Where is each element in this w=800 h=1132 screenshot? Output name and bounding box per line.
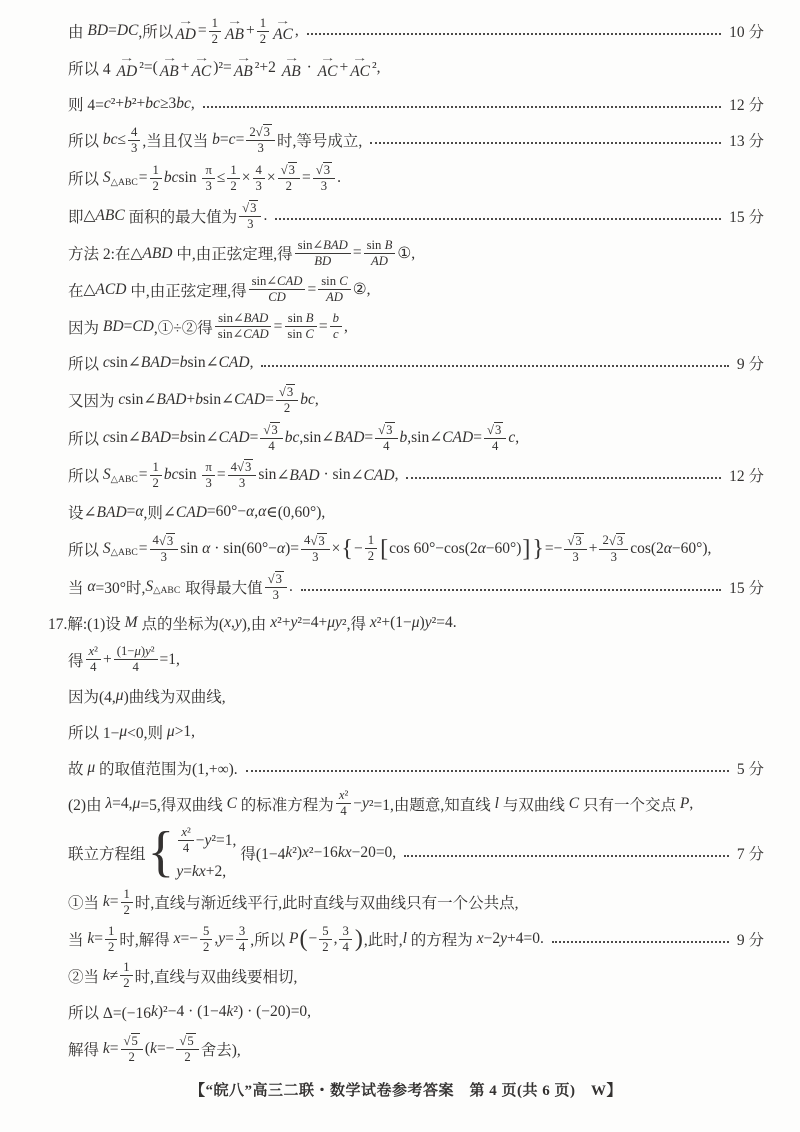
text-run: 所以 1− — [68, 721, 119, 743]
text-run: 点的坐标为( — [138, 612, 225, 634]
text-run: 2 — [129, 1050, 135, 1065]
text-run: 3 — [206, 476, 212, 491]
radicand: 5 — [131, 1033, 140, 1049]
text-run: 4 — [268, 439, 274, 454]
math-variable-run: AD — [326, 290, 343, 305]
text-run: 舍去), — [201, 1038, 241, 1060]
text-run: 1 — [230, 163, 236, 178]
math-variable-run: ∠BAD — [233, 311, 268, 326]
text-run: ≠ — [110, 967, 119, 985]
math-variable-run: bc — [300, 391, 315, 409]
fraction-numerator: 1 — [365, 533, 377, 549]
fraction-denominator: 4 — [236, 940, 248, 955]
math-variable-run: ∠BAD — [128, 428, 171, 447]
text-run: = — [217, 466, 226, 484]
math-variable-run: kx — [338, 844, 352, 862]
text-run: , — [395, 466, 399, 484]
math-variable-run: c — [118, 391, 125, 409]
vector-arrow-icon: → — [235, 56, 251, 64]
fraction-denominator: 3 — [270, 588, 282, 603]
text-run: 5 — [322, 924, 328, 939]
fraction: 34 — [339, 924, 351, 955]
text-run: , — [191, 95, 195, 113]
text-run: 所以 — [68, 427, 103, 449]
fraction-numerator: 1 — [150, 163, 162, 179]
text-run: sin — [188, 354, 206, 372]
fraction-numerator: (1−μ)y² — [114, 644, 158, 660]
math-variable-run: μ — [133, 795, 141, 813]
fraction: √34 — [484, 422, 506, 454]
text-run: 又因为 — [68, 389, 118, 411]
text-run: 3 — [256, 179, 262, 194]
math-variable-run: k — [103, 1040, 110, 1058]
math-variable-run: P — [289, 930, 298, 948]
answer-line: 所以 S△ABC=12bcsin π3≤12×43×√32=√33. — [48, 162, 764, 194]
radical: √5 — [179, 1033, 195, 1049]
math-variable-run: c — [103, 354, 110, 372]
text-run: = — [250, 429, 259, 447]
text-run: ²=1, — [211, 832, 236, 850]
text-run: . — [263, 207, 267, 225]
text-run: = — [124, 318, 133, 336]
fraction: 4√33 — [228, 459, 257, 491]
radicand: 3 — [166, 533, 175, 549]
fraction-denominator: 3 — [203, 476, 215, 491]
big-delimiter: { — [340, 537, 354, 561]
fraction-numerator: 5 — [319, 924, 331, 940]
fraction-numerator: 1 — [121, 887, 133, 903]
fraction-denominator: 2 — [181, 1050, 193, 1065]
fraction: 12 — [227, 163, 239, 194]
fraction-numerator: sin C — [318, 274, 351, 290]
text-run: −60°) — [486, 540, 522, 558]
fraction-numerator: x² — [178, 825, 193, 841]
fraction: 12 — [105, 924, 117, 955]
text-run: 设 — [68, 501, 84, 523]
vector: →AC — [350, 56, 370, 80]
text-run: 与双曲线 — [499, 793, 569, 815]
fraction-numerator: b — [330, 311, 342, 327]
radical-sign-icon: √ — [609, 534, 616, 549]
radical-sign-icon: √ — [310, 534, 317, 549]
text-run: 中,由正弦定理,得 — [126, 279, 246, 301]
math-variable-run: b — [195, 391, 203, 409]
text-run: · — [303, 59, 316, 77]
subscript: △ABC — [111, 474, 138, 485]
footer-text: 【“皖八”高三二联・数学试卷参考答案 第 4 页(共 6 页) W】 — [190, 1083, 622, 1099]
text-run: ,则 — [144, 501, 163, 523]
answer-line: 17.解:(1)设 M 点的坐标为(x,y),由 x²+y²=4+μy²,得 x… — [48, 608, 764, 638]
page-footer: 【“皖八”高三二联・数学试卷参考答案 第 4 页(共 6 页) W】 — [48, 1065, 764, 1126]
radical-sign-icon: √ — [279, 385, 286, 400]
text-run: 1 — [108, 924, 114, 939]
text-run: sin — [179, 169, 201, 187]
fraction: √33 — [564, 533, 586, 565]
math-variable-run: k — [151, 1003, 158, 1021]
text-run: − — [354, 540, 363, 558]
text-run: = — [353, 244, 362, 262]
text-run: (1− — [117, 644, 135, 659]
fraction-denominator: 4 — [339, 940, 351, 955]
dot-leader — [404, 855, 729, 857]
text-run: ,此时, — [364, 928, 403, 950]
text-run: × — [267, 169, 276, 187]
text-run: = — [274, 318, 283, 336]
text-run: = — [265, 391, 274, 409]
text-run: + — [181, 59, 190, 77]
math-variable-run: ∠CAD — [163, 503, 207, 522]
fraction-numerator: 1 — [150, 460, 162, 476]
text-run: = — [110, 893, 119, 911]
answer-line: ①当 k=12时,直线与渐近线平行,此时直线与双曲线只有一个公共点, — [48, 887, 764, 918]
text-run: 解得 — [68, 1038, 103, 1060]
text-run: 5 — [203, 924, 209, 939]
text-run: , — [250, 354, 254, 372]
text-run: ²+ — [277, 614, 290, 632]
fraction-numerator: 4 — [253, 163, 265, 179]
fraction-denominator: 2 — [257, 32, 269, 47]
math-variable-run: B — [306, 311, 314, 326]
math-variable-run: bc — [285, 429, 300, 447]
vector: →AC — [318, 56, 338, 80]
radical-sign-icon: √ — [567, 534, 574, 549]
radicand: 3 — [317, 533, 326, 549]
radical: √3 — [310, 533, 326, 549]
answer-line: 又因为 csin∠BAD+bsin∠CAD=√32bc, — [48, 384, 764, 416]
radical-sign-icon: √ — [281, 163, 288, 178]
big-delimiter: [ — [379, 537, 389, 561]
fraction-numerator: sin∠BAD — [295, 238, 351, 254]
text-run: 因为 — [68, 316, 103, 338]
dot-leader — [203, 106, 721, 108]
vector-arrow-icon: → — [283, 56, 299, 64]
radical-sign-icon: √ — [179, 1034, 186, 1049]
fraction-numerator: sin B — [285, 311, 317, 327]
fraction: √33 — [313, 162, 335, 194]
big-delimiter: ( — [299, 927, 309, 951]
radical: √3 — [487, 422, 503, 438]
text-run: ①, — [397, 244, 415, 263]
answer-line: 故 μ 的取值范围为(1,+∞).5 分 — [48, 753, 764, 783]
text-run: sin — [321, 274, 339, 289]
text-run: ,sin — [299, 429, 321, 447]
answer-line: 所以 4 →AD²=(→AB+→AC)²=→AB²+2 →AB · →AC+→A… — [48, 53, 764, 83]
fraction-denominator: 2 — [105, 940, 117, 955]
text-run: 17.解:(1)设 — [48, 612, 125, 634]
vector: →AB — [282, 56, 301, 80]
dot-leader — [552, 941, 729, 943]
radicand: 3 — [286, 384, 295, 400]
text-run: 2 — [286, 179, 292, 194]
cases-row: x²4−y²=1, — [176, 825, 236, 856]
radicand: 3 — [263, 124, 272, 140]
math-variable-run: α — [258, 503, 266, 521]
text-run: 4 — [342, 940, 348, 955]
text-run: = — [139, 540, 148, 558]
radical-sign-icon: √ — [316, 163, 323, 178]
text-run: 当 — [68, 928, 87, 950]
text-run: 4 — [340, 804, 346, 819]
text-run: =30°时, — [96, 576, 146, 598]
text-run: , — [295, 22, 299, 40]
math-variable-run: μy — [327, 614, 342, 632]
text-run: ²+2 — [255, 59, 280, 77]
fraction: sin Bsin C — [284, 311, 317, 342]
fraction: 52 — [319, 924, 331, 955]
text-run: ²=( — [139, 59, 158, 77]
math-variable-run: ∠CAD — [429, 428, 473, 447]
text-run: ,①÷②得 — [154, 316, 213, 338]
fraction-denominator: sin C — [284, 327, 317, 342]
text-run: π — [205, 163, 211, 178]
answer-line: 则 4=c²+b²+bc≥3bc,12 分 — [48, 89, 764, 119]
text-run: 面积的最大值为 — [125, 205, 237, 227]
fraction-denominator: 2 — [200, 940, 212, 955]
fraction: 12 — [257, 16, 269, 47]
vector: →AB — [225, 19, 244, 43]
math-variable-run: b — [124, 95, 132, 113]
text-run: 所以 — [68, 167, 103, 189]
radicand: 3 — [244, 459, 253, 475]
math-variable-run: y — [425, 614, 432, 632]
text-run: 3 — [161, 550, 167, 565]
math-variable-run: ∠BAD — [128, 353, 171, 372]
vector: →AC — [191, 56, 211, 80]
radicand: 3 — [574, 533, 583, 549]
math-variable-run: y — [176, 863, 183, 881]
math-variable-run: kx — [192, 863, 206, 881]
radicand: 3 — [323, 162, 332, 178]
math-variable-run: ∠CAD — [206, 353, 250, 372]
text-run: 3 — [206, 179, 212, 194]
vector-name: AB — [225, 27, 244, 43]
score-label: 12 分 — [729, 464, 764, 486]
fraction-denominator: 3 — [309, 550, 321, 565]
radical: √3 — [567, 533, 583, 549]
fraction-numerator: 1 — [257, 16, 269, 32]
dot-leader — [275, 218, 721, 220]
text-run: 2 — [108, 940, 114, 955]
cases-rows: x²4−y²=1,y=kx+2, — [176, 825, 236, 881]
math-variable-run: bc — [176, 95, 191, 113]
text-run: = — [307, 281, 316, 299]
score-label: 7 分 — [737, 842, 764, 864]
text-run: − — [196, 832, 205, 850]
text-run: · sin — [320, 466, 351, 484]
math-variable-run: x — [477, 930, 484, 948]
fraction-denominator: 2 — [121, 903, 133, 918]
text-run: × — [242, 169, 251, 187]
text-run: 2 — [260, 32, 266, 47]
math-variable-run: λ — [105, 795, 112, 813]
math-variable-run: b — [180, 429, 188, 447]
fraction-numerator: 2√3 — [599, 533, 628, 550]
math-variable-run: k — [227, 1003, 234, 1021]
radical: √3 — [609, 533, 625, 549]
fraction-numerator: √3 — [278, 162, 300, 179]
fraction-numerator: 4√3 — [228, 459, 257, 476]
fraction-numerator: sin∠BAD — [215, 311, 271, 327]
text-run: ,当且仅当 — [142, 129, 212, 151]
vector-arrow-icon: → — [119, 56, 135, 64]
radicand: 3 — [270, 422, 279, 438]
big-delimiter: ) — [354, 927, 364, 951]
text-run: 1 — [153, 163, 159, 178]
text-run: >1, — [175, 723, 195, 741]
text-run: − — [309, 930, 318, 948]
answer-line: 解得 k=√52(k=−√52舍去), — [48, 1033, 764, 1065]
math-variable-run: bc — [164, 466, 179, 484]
fraction-numerator: √5 — [121, 1033, 143, 1050]
radical: √3 — [316, 162, 332, 178]
math-variable-run: P — [680, 795, 689, 813]
radical: √3 — [242, 200, 258, 216]
text-run: ² — [344, 788, 348, 803]
text-run: 取得最大值 — [181, 576, 262, 598]
text-run: 即 — [68, 205, 84, 227]
cases-brace-icon: { — [148, 829, 175, 876]
text-run: 2 — [368, 549, 374, 564]
radical-sign-icon: √ — [242, 201, 249, 216]
text-run: 所以 Δ=(−16 — [68, 1001, 151, 1023]
fraction: π3 — [202, 163, 214, 194]
radicand: 3 — [616, 533, 625, 549]
fraction: sin∠CADCD — [249, 274, 306, 305]
math-variable-run: y — [290, 614, 297, 632]
math-variable-run: ∠BAD — [143, 390, 186, 409]
text-run: ²+ — [111, 95, 124, 113]
text-run: 所以 — [68, 538, 103, 560]
fraction: 12 — [150, 460, 162, 491]
vector-arrow-icon: → — [178, 19, 194, 27]
answer-line: 因为(4,μ)曲线为双曲线, — [48, 681, 764, 711]
text-run: =− — [157, 1040, 174, 1058]
fraction-numerator: √3 — [375, 422, 397, 439]
fraction-denominator: 2 — [150, 179, 162, 194]
text-run: 2 — [212, 32, 218, 47]
math-variable-run: k — [285, 844, 292, 862]
math-variable-run: y — [500, 930, 507, 948]
fraction-numerator: √3 — [484, 422, 506, 439]
text-run: . — [289, 578, 293, 596]
fraction-numerator: 4√3 — [150, 533, 179, 550]
math-variable-run: M — [125, 614, 138, 632]
text-run: . — [337, 169, 341, 187]
text-run: 3 — [257, 141, 263, 156]
vector: →AB — [160, 56, 179, 80]
fraction-numerator: π — [202, 163, 214, 179]
dot-leader — [246, 770, 729, 772]
text-run: sin — [218, 311, 233, 326]
fraction-denominator: 3 — [569, 550, 581, 565]
text-run: = — [302, 169, 311, 187]
fraction: 43 — [253, 163, 265, 194]
text-run: ²=4+ — [297, 614, 327, 632]
cases-row: y=kx+2, — [176, 863, 226, 881]
fraction: √52 — [176, 1033, 198, 1065]
text-run: 3 — [273, 588, 279, 603]
radicand: 3 — [275, 571, 284, 587]
score-label: 13 分 — [729, 129, 764, 151]
vector-name: AD — [175, 27, 196, 43]
answer-line: 所以 1−μ<0,则 μ>1, — [48, 717, 764, 747]
math-variable-run: b — [180, 354, 188, 372]
text-run: 3 — [572, 550, 578, 565]
text-run: × — [332, 540, 341, 558]
fraction: 2√33 — [599, 533, 628, 565]
text-run: + — [246, 22, 255, 40]
vector-arrow-icon: → — [193, 56, 209, 64]
fraction: 43 — [128, 125, 140, 156]
fraction: √33 — [265, 571, 287, 603]
text-run: ∈(0,60°), — [266, 503, 325, 522]
answer-line: 在△ACD 中,由正弦定理,得sin∠CADCD=sin CAD②, — [48, 274, 764, 305]
fraction: √32 — [278, 162, 300, 194]
fraction-numerator: sin B — [364, 238, 396, 254]
text-run: ②当 — [68, 965, 103, 987]
subscript: △ABC — [153, 585, 180, 596]
text-run: ≤ — [217, 169, 226, 187]
math-variable-run: ∠BAD — [276, 466, 319, 485]
fraction: (1−μ)y²4 — [114, 644, 158, 675]
text-run: sin — [188, 429, 206, 447]
math-variable-run: △ABC — [84, 206, 125, 225]
text-run: ②, — [353, 280, 371, 299]
math-variable-run: C — [569, 795, 579, 813]
math-variable-run: y — [218, 930, 225, 948]
answer-line: 所以 csin∠BAD=bsin∠CAD=√34bc,sin∠BAD=√34b,… — [48, 422, 764, 454]
text-run: 2 — [203, 940, 209, 955]
subscript: △ABC — [111, 547, 138, 558]
text-run: sin — [110, 429, 128, 447]
fraction: sin BAD — [364, 238, 396, 269]
text-run: 的取值范围为(1,+∞). — [95, 757, 238, 779]
fraction-denominator: 3 — [244, 217, 256, 232]
answer-line: 当 k=12时,解得 x=−52,y=34,所以 P(−52,34),此时,l … — [48, 924, 764, 955]
radical-sign-icon: √ — [378, 423, 385, 438]
text-run: 4 — [131, 125, 137, 140]
math-variable-run: x — [270, 614, 277, 632]
fraction-numerator: 5 — [200, 924, 212, 940]
text-run: ),由 — [242, 612, 270, 634]
math-variable-run: S — [103, 540, 111, 558]
radical-sign-icon: √ — [487, 423, 494, 438]
text-run: 在 — [68, 279, 84, 301]
fraction: sin CAD — [318, 274, 351, 305]
score-label: 10 分 — [729, 20, 764, 42]
text-run: sin — [258, 466, 276, 484]
score-label: 9 分 — [737, 928, 764, 950]
text-run: ²+(1− — [377, 614, 412, 632]
math-variable-run: BD — [314, 254, 331, 269]
text-run: 3 — [312, 550, 318, 565]
text-run: + — [589, 540, 598, 558]
fraction-denominator: 2 — [120, 976, 132, 991]
math-variable-run: b — [212, 131, 220, 149]
fraction: 12 — [120, 960, 132, 991]
text-run: 2 — [230, 179, 236, 194]
radical-sign-icon: √ — [159, 534, 166, 549]
dot-leader — [406, 477, 721, 479]
fraction-numerator: √3 — [313, 162, 335, 179]
text-run: 3 — [342, 924, 348, 939]
fraction: π3 — [202, 460, 214, 491]
subscript: △ABC — [111, 177, 138, 188]
text-run: ²) — [292, 844, 302, 862]
fraction-denominator: 3 — [254, 141, 266, 156]
text-run: ² — [151, 644, 155, 659]
text-run: 4 — [383, 439, 389, 454]
